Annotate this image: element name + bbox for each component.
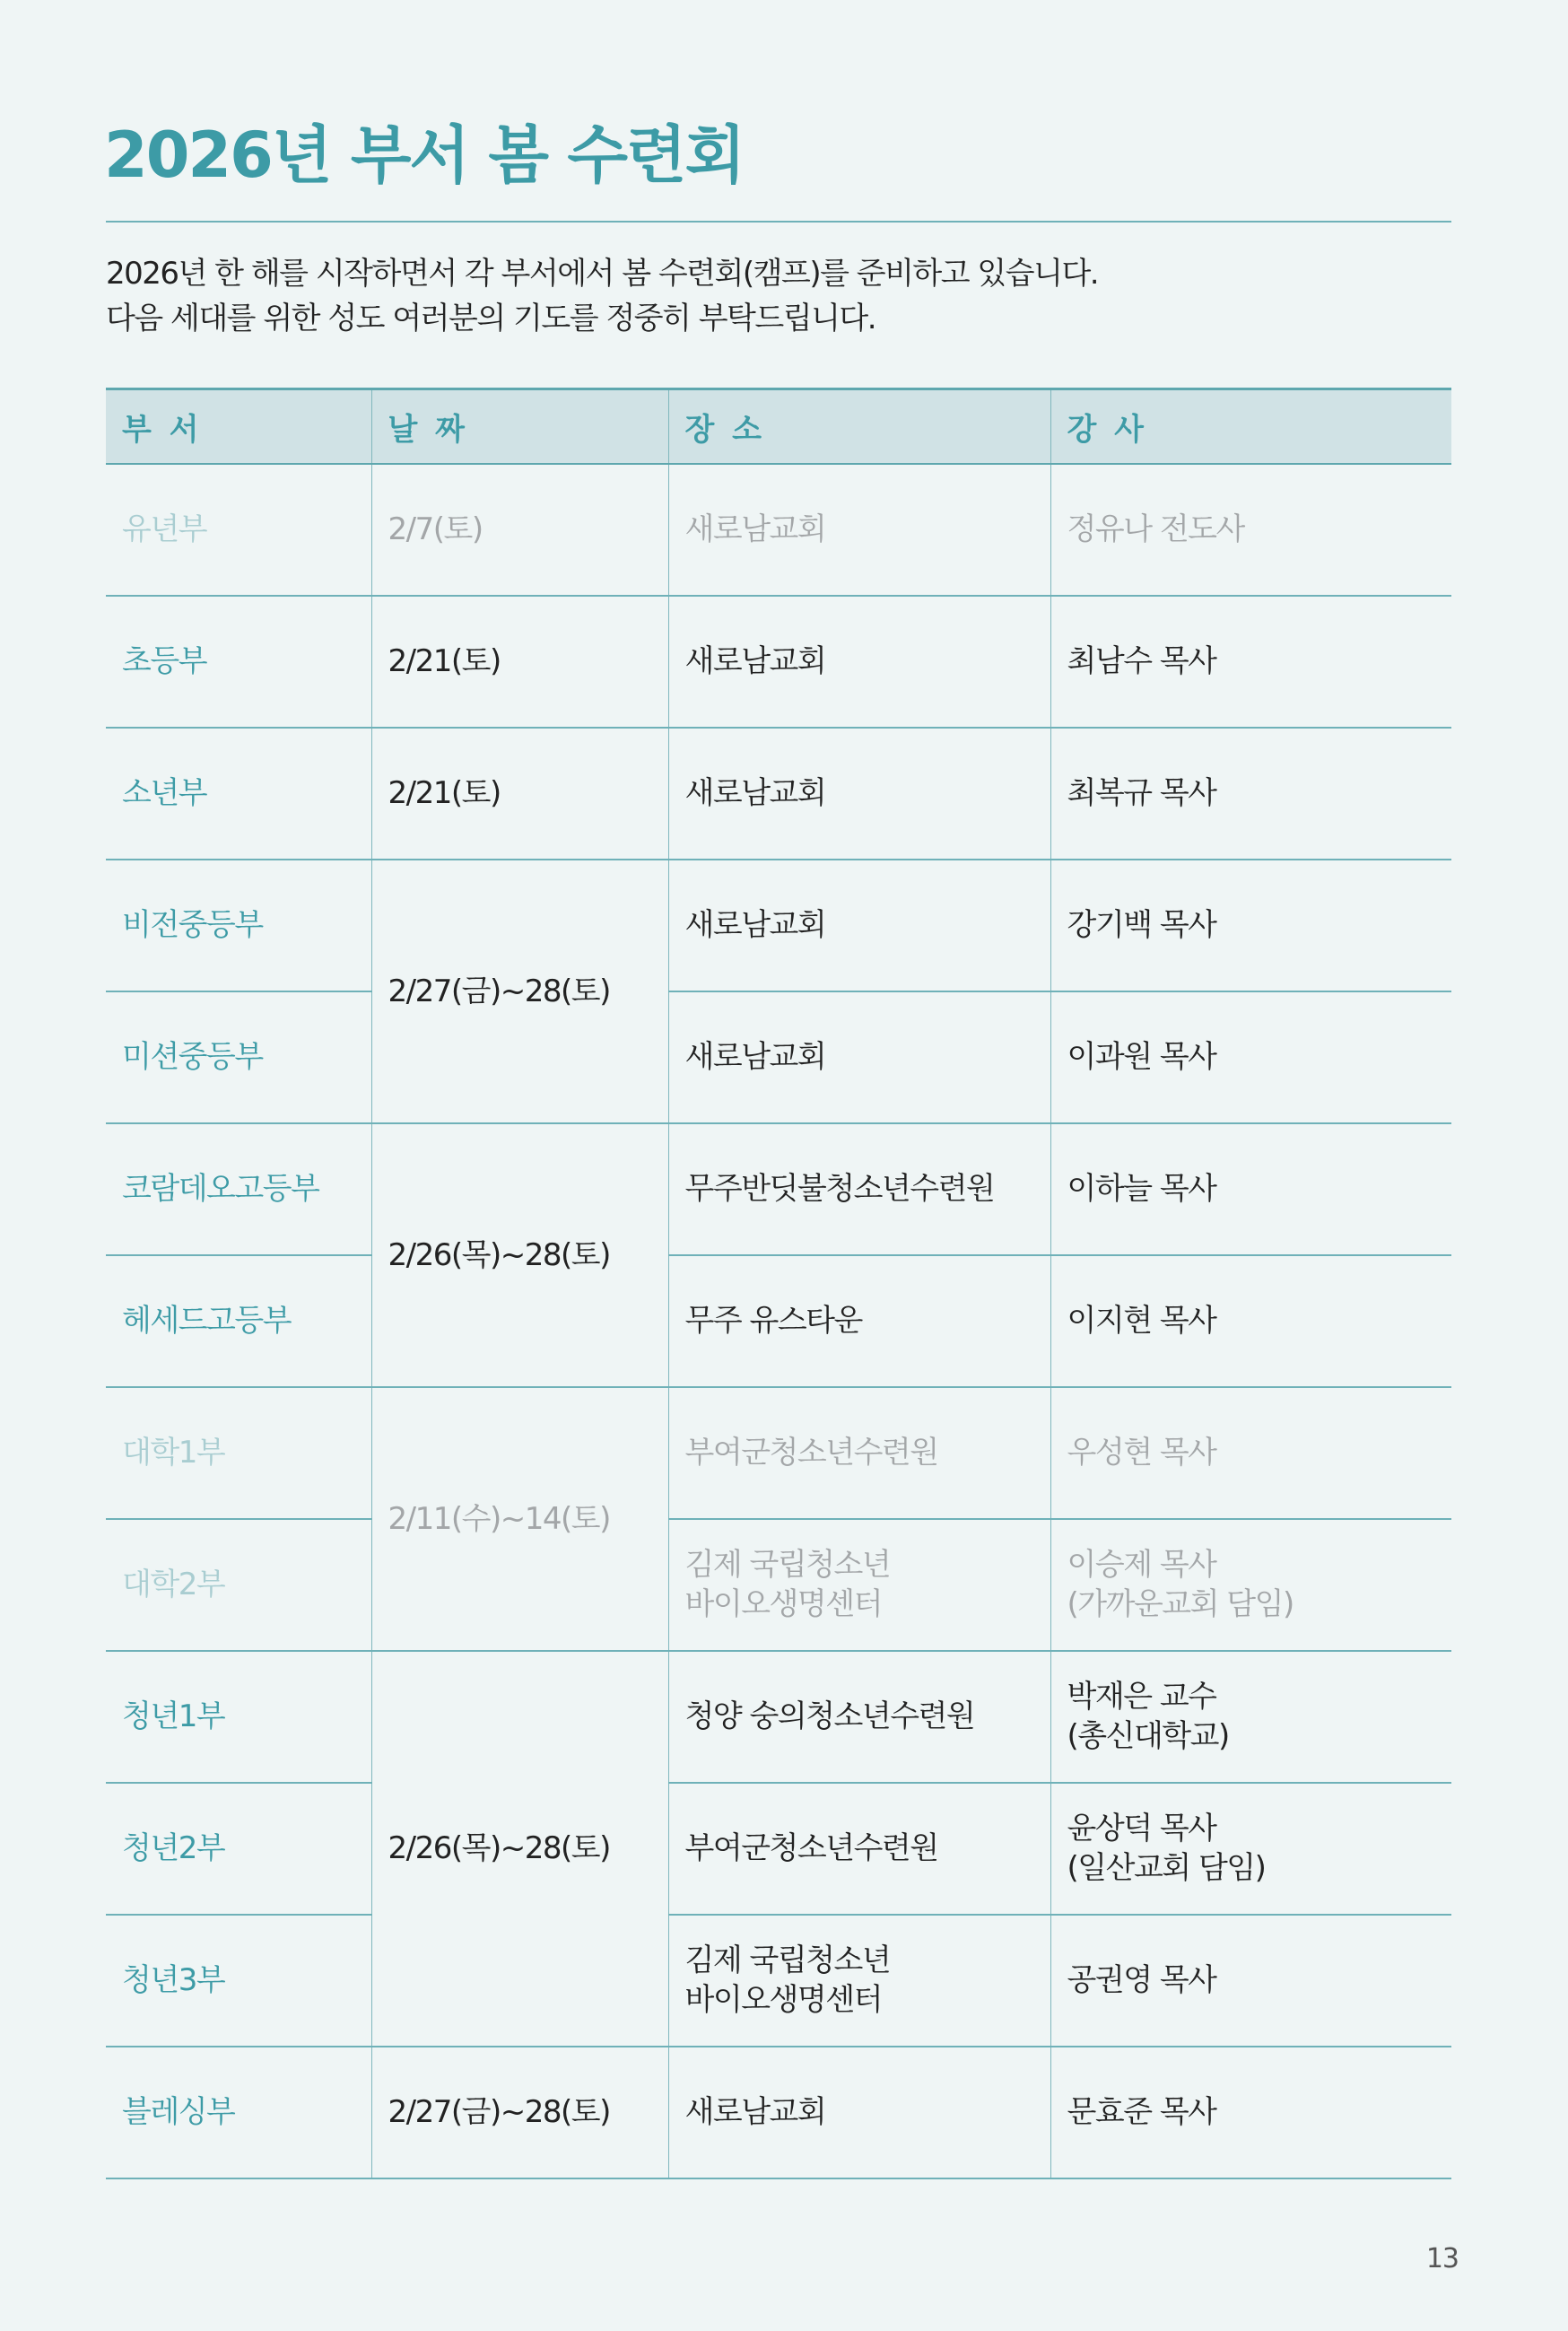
intro-line-2: 다음 세대를 위한 성도 여러분의 기도를 정중히 부탁드립니다. — [106, 296, 1451, 341]
place-cell: 새로남교회 — [668, 991, 1050, 1123]
speaker-line: (총신대학교) — [1067, 1716, 1452, 1756]
speaker-line: 최복규 목사 — [1067, 773, 1452, 813]
department-cell: 비전중등부 — [106, 860, 371, 991]
speaker-cell: 최복규 목사 — [1050, 728, 1451, 860]
place-line: 새로남교회 — [685, 905, 1050, 945]
title-divider — [106, 221, 1451, 223]
speaker-cell: 문효준 목사 — [1050, 2047, 1451, 2178]
place-cell: 새로남교회 — [668, 2047, 1050, 2178]
table-row: 소년부2/21(토)새로남교회최복규 목사 — [106, 728, 1451, 860]
table-row: 대학2부김제 국립청소년바이오생명센터이승제 목사(가까운교회 담임) — [106, 1519, 1451, 1651]
speaker-line: 이과원 목사 — [1067, 1037, 1452, 1077]
page-title: 2026년 부서 봄 수련회 — [104, 115, 744, 196]
place-cell: 부여군청소년수련원 — [668, 1783, 1050, 1915]
speaker-line: 이지현 목사 — [1067, 1301, 1452, 1340]
department-cell: 유년부 — [106, 464, 371, 596]
table-header-row: 부 서 날 짜 장 소 강 사 — [106, 389, 1451, 464]
department-cell: 청년1부 — [106, 1651, 371, 1783]
date-cell: 2/11(수)~14(토) — [371, 1387, 668, 1651]
table-row: 초등부2/21(토)새로남교회최남수 목사 — [106, 596, 1451, 728]
speaker-cell: 정유나 전도사 — [1050, 464, 1451, 596]
place-line: 새로남교회 — [685, 2092, 1050, 2132]
table-row: 청년2부부여군청소년수련원윤상덕 목사(일산교회 담임) — [106, 1783, 1451, 1915]
department-cell: 청년3부 — [106, 1915, 371, 2047]
speaker-cell: 우성현 목사 — [1050, 1387, 1451, 1519]
speaker-line: 공권영 목사 — [1067, 1960, 1452, 2000]
department-cell: 초등부 — [106, 596, 371, 728]
speaker-cell: 이과원 목사 — [1050, 991, 1451, 1123]
header-department: 부 서 — [106, 389, 371, 464]
page-number: 13 — [1426, 2243, 1459, 2274]
department-cell: 대학1부 — [106, 1387, 371, 1519]
place-line: 청양 숭의청소년수련원 — [685, 1697, 1050, 1736]
place-cell: 김제 국립청소년바이오생명센터 — [668, 1915, 1050, 2047]
table-row: 헤세드고등부무주 유스타운이지현 목사 — [106, 1255, 1451, 1387]
speaker-cell: 최남수 목사 — [1050, 596, 1451, 728]
header-date: 날 짜 — [371, 389, 668, 464]
date-cell: 2/27(금)~28(토) — [371, 2047, 668, 2178]
speaker-line: 최남수 목사 — [1067, 642, 1452, 681]
speaker-line: 문효준 목사 — [1067, 2092, 1452, 2132]
speaker-line: 우성현 목사 — [1067, 1433, 1452, 1472]
department-cell: 소년부 — [106, 728, 371, 860]
speaker-cell: 강기백 목사 — [1050, 860, 1451, 991]
speaker-cell: 이하늘 목사 — [1050, 1123, 1451, 1255]
place-cell: 김제 국립청소년바이오생명센터 — [668, 1519, 1050, 1651]
table-row: 블레싱부2/27(금)~28(토)새로남교회문효준 목사 — [106, 2047, 1451, 2178]
table-row: 코람데오고등부2/26(목)~28(토)무주반딧불청소년수련원이하늘 목사 — [106, 1123, 1451, 1255]
place-line: 무주 유스타운 — [685, 1301, 1050, 1340]
department-cell: 헤세드고등부 — [106, 1255, 371, 1387]
place-line: 바이오생명센터 — [685, 1980, 1050, 2020]
speaker-line: 강기백 목사 — [1067, 905, 1452, 945]
speaker-cell: 이승제 목사(가까운교회 담임) — [1050, 1519, 1451, 1651]
department-cell: 블레싱부 — [106, 2047, 371, 2178]
place-line: 새로남교회 — [685, 642, 1050, 681]
place-line: 새로남교회 — [685, 773, 1050, 813]
place-line: 부여군청소년수련원 — [685, 1433, 1050, 1472]
place-cell: 새로남교회 — [668, 860, 1050, 991]
date-cell: 2/27(금)~28(토) — [371, 860, 668, 1123]
place-cell: 부여군청소년수련원 — [668, 1387, 1050, 1519]
place-line: 무주반딧불청소년수련원 — [685, 1169, 1050, 1209]
speaker-line: (가까운교회 담임) — [1067, 1585, 1452, 1624]
place-line: 새로남교회 — [685, 510, 1050, 549]
speaker-cell: 윤상덕 목사(일산교회 담임) — [1050, 1783, 1451, 1915]
speaker-line: 박재은 교수 — [1067, 1677, 1452, 1716]
place-line: 김제 국립청소년 — [685, 1941, 1050, 1980]
speaker-line: 정유나 전도사 — [1067, 510, 1452, 549]
intro-text: 2026년 한 해를 시작하면서 각 부서에서 봄 수련회(캠프)를 준비하고 … — [106, 251, 1451, 341]
table-row: 대학1부2/11(수)~14(토)부여군청소년수련원우성현 목사 — [106, 1387, 1451, 1519]
place-cell: 무주반딧불청소년수련원 — [668, 1123, 1050, 1255]
place-cell: 무주 유스타운 — [668, 1255, 1050, 1387]
speaker-cell: 박재은 교수(총신대학교) — [1050, 1651, 1451, 1783]
header-place: 장 소 — [668, 389, 1050, 464]
speaker-cell: 공권영 목사 — [1050, 1915, 1451, 2047]
date-cell: 2/26(목)~28(토) — [371, 1651, 668, 2047]
speaker-line: 윤상덕 목사 — [1067, 1809, 1452, 1848]
department-cell: 미션중등부 — [106, 991, 371, 1123]
place-line: 새로남교회 — [685, 1037, 1050, 1077]
table-row: 유년부2/7(토)새로남교회정유나 전도사 — [106, 464, 1451, 596]
department-cell: 청년2부 — [106, 1783, 371, 1915]
date-cell: 2/21(토) — [371, 596, 668, 728]
table-row: 청년1부2/26(목)~28(토)청양 숭의청소년수련원박재은 교수(총신대학교… — [106, 1651, 1451, 1783]
date-cell: 2/7(토) — [371, 464, 668, 596]
speaker-line: 이하늘 목사 — [1067, 1169, 1452, 1209]
retreat-schedule-table: 부 서 날 짜 장 소 강 사 유년부2/7(토)새로남교회정유나 전도사초등부… — [106, 388, 1451, 2179]
place-cell: 새로남교회 — [668, 728, 1050, 860]
place-line: 부여군청소년수련원 — [685, 1829, 1050, 1868]
table-row: 비전중등부2/27(금)~28(토)새로남교회강기백 목사 — [106, 860, 1451, 991]
place-line: 김제 국립청소년 — [685, 1545, 1050, 1585]
department-cell: 대학2부 — [106, 1519, 371, 1651]
speaker-line: (일산교회 담임) — [1067, 1848, 1452, 1888]
speaker-cell: 이지현 목사 — [1050, 1255, 1451, 1387]
intro-line-1: 2026년 한 해를 시작하면서 각 부서에서 봄 수련회(캠프)를 준비하고 … — [106, 251, 1451, 296]
date-cell: 2/21(토) — [371, 728, 668, 860]
date-cell: 2/26(목)~28(토) — [371, 1123, 668, 1387]
place-cell: 새로남교회 — [668, 596, 1050, 728]
department-cell: 코람데오고등부 — [106, 1123, 371, 1255]
table-row: 청년3부김제 국립청소년바이오생명센터공권영 목사 — [106, 1915, 1451, 2047]
place-cell: 새로남교회 — [668, 464, 1050, 596]
table-row: 미션중등부새로남교회이과원 목사 — [106, 991, 1451, 1123]
header-speaker: 강 사 — [1050, 389, 1451, 464]
speaker-line: 이승제 목사 — [1067, 1545, 1452, 1585]
place-line: 바이오생명센터 — [685, 1585, 1050, 1624]
place-cell: 청양 숭의청소년수련원 — [668, 1651, 1050, 1783]
